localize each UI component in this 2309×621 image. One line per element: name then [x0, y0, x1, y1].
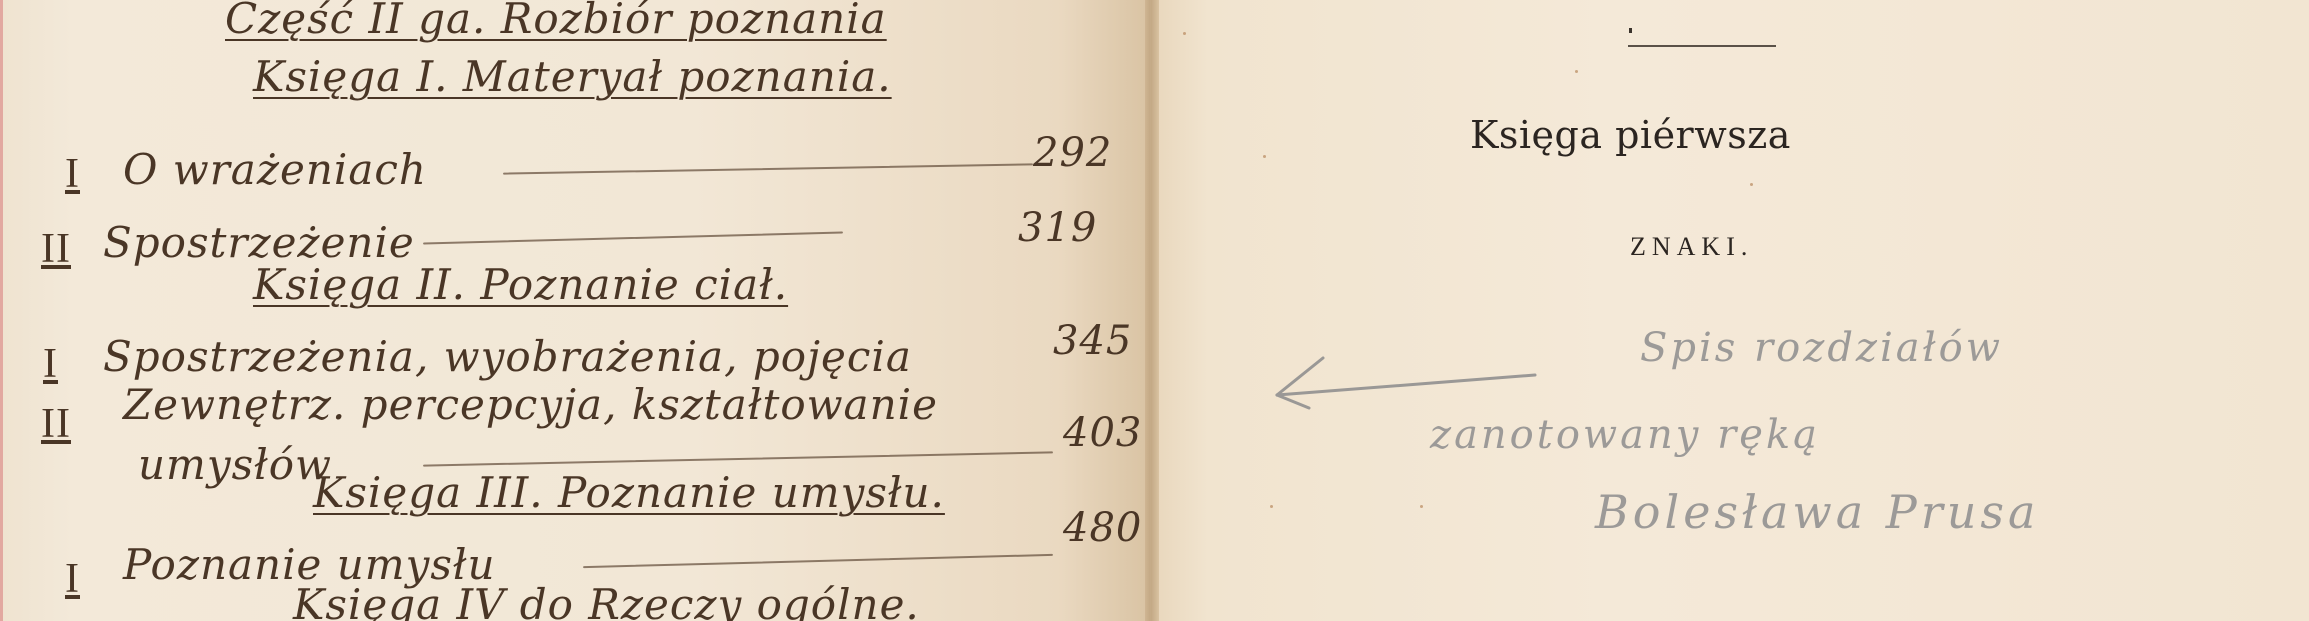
toc-entry: Spostrzeżenia, wyobrażenia, pojęcia: [103, 332, 912, 381]
leader-line: [583, 554, 1053, 568]
toc-book-2-heading: Księga II. Poznanie ciał.: [253, 260, 788, 309]
toc-roman-numeral: II: [41, 400, 71, 448]
pencil-note-line: Spis rozdziałów: [1640, 325, 2003, 371]
paper-speck: [1270, 505, 1273, 508]
toc-page-number: 403: [1063, 410, 1142, 456]
toc-roman-numeral: II: [41, 225, 71, 273]
toc-page-number: 480: [1063, 505, 1142, 551]
toc-page-number: 292: [1033, 130, 1112, 176]
toc-part-heading: Część II ga. Rozbiór poznania: [225, 0, 887, 43]
leader-line: [423, 451, 1053, 466]
toc-book-1-heading: Księga I. Materyał poznania.: [253, 52, 892, 101]
toc-entry-continued: umysłów: [138, 440, 332, 489]
paper-speck: [1263, 155, 1266, 158]
ornament-rule: [1628, 45, 1776, 47]
left-arrow-icon: [1275, 350, 1555, 410]
toc-page-number: 319: [1018, 205, 1097, 251]
leader-line: [423, 232, 843, 245]
pencil-note-line: zanotowany ręką: [1430, 412, 1820, 458]
pencil-note-signature: Bolesława Prusa: [1595, 485, 2039, 539]
toc-roman-numeral: I: [43, 340, 58, 388]
leader-line: [503, 163, 1033, 174]
page-heading: Księga piérwsza: [1470, 113, 1791, 157]
paper-speck: [1575, 70, 1578, 73]
page-subheading: ZNAKI.: [1630, 232, 1753, 262]
toc-entry: Zewnętrz. percepcyja, kształtowanie: [123, 380, 938, 429]
paper-speck: [1750, 183, 1753, 186]
toc-book-4-heading: Księga IV do Rzeczy ogólne.: [293, 580, 920, 621]
paper-speck: [1420, 505, 1423, 508]
book-gutter: [1145, 0, 1159, 621]
toc-book-3-heading: Księga III. Poznanie umysłu.: [313, 468, 945, 517]
toc-page-number: 345: [1053, 318, 1132, 364]
toc-entry: O wrażeniach: [123, 145, 427, 194]
toc-roman-numeral: I: [65, 555, 80, 603]
ornament-dot: [1629, 28, 1632, 33]
paper-speck: [1183, 32, 1186, 35]
toc-roman-numeral: I: [65, 150, 80, 198]
left-page-handwritten-toc: Część II ga. Rozbiór poznania Księga I. …: [0, 0, 1150, 621]
